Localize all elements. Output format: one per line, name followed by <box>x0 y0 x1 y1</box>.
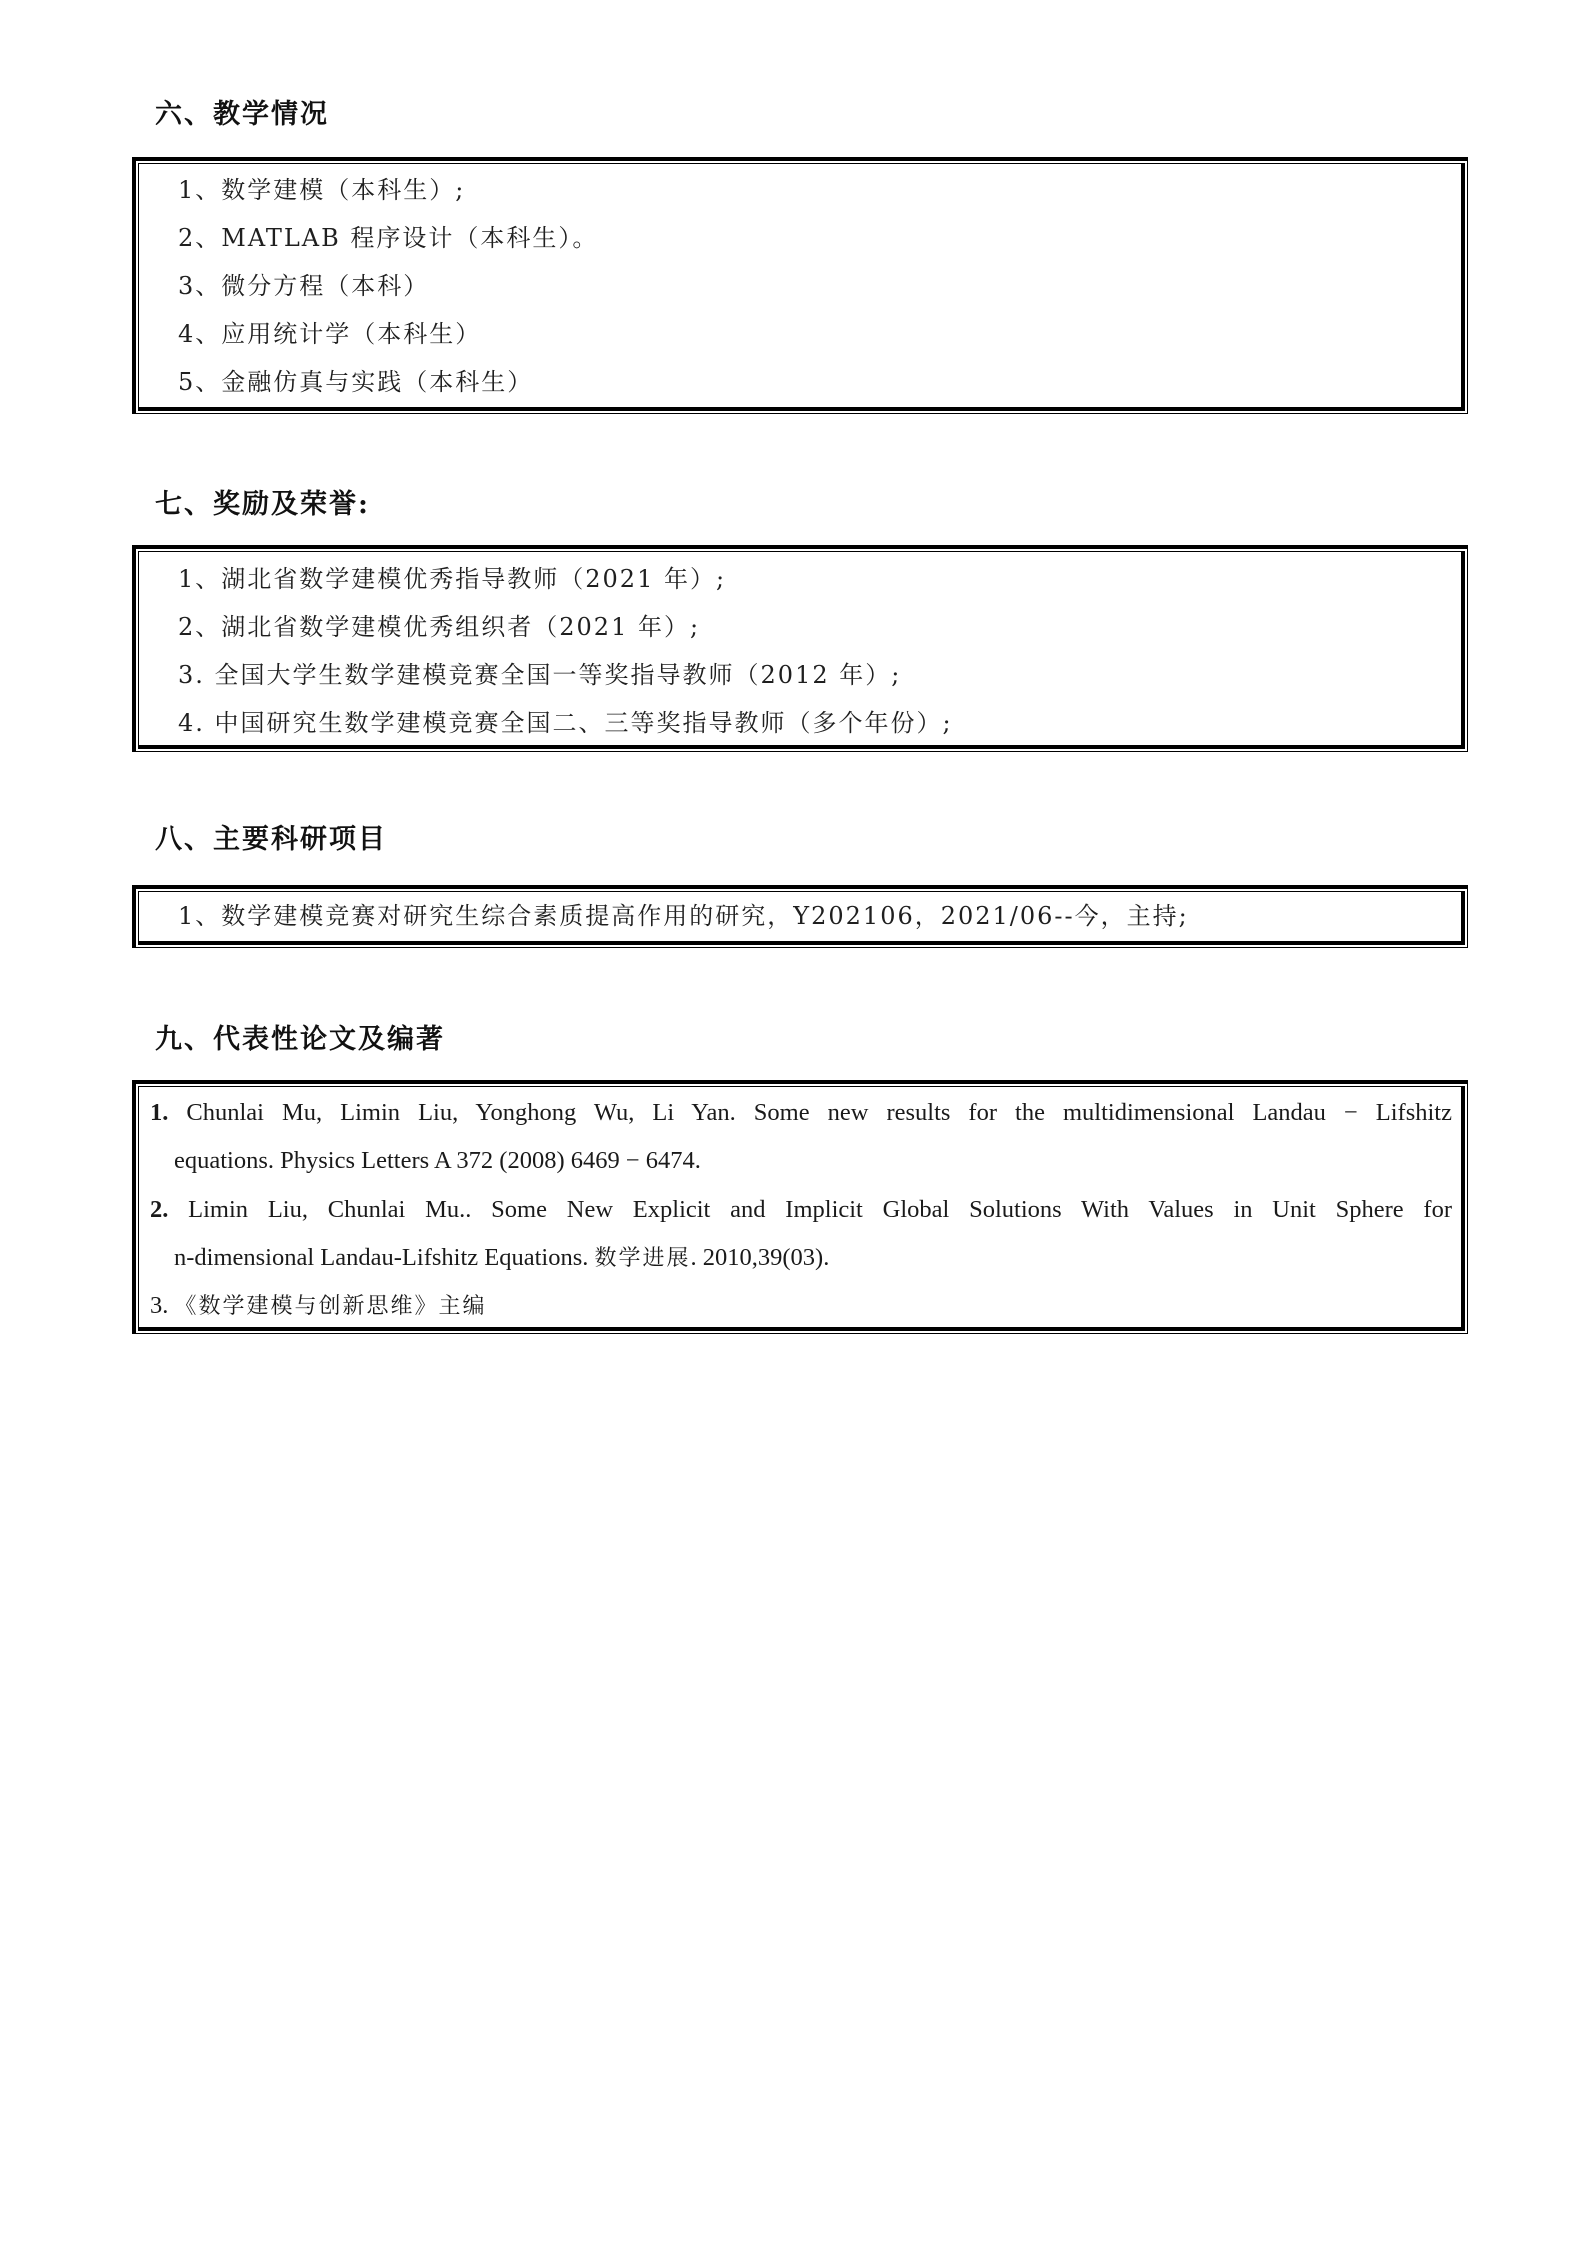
publication-item-1-line1: 1. Chunlai Mu, Limin Liu, Yonghong Wu, L… <box>150 1097 1452 1129</box>
section-heading-awards: 七、奖励及荣誉: <box>155 489 370 521</box>
teaching-item: 1、数学建模（本科生）; <box>178 174 465 206</box>
section-heading-projects: 八、主要科研项目 <box>155 824 387 856</box>
publication-item-2-line1: 2. Limin Liu, Chunlai Mu.. Some New Expl… <box>150 1194 1452 1226</box>
publication-text: Limin Liu, Chunlai Mu.. Some New Explici… <box>188 1196 1452 1223</box>
publication-number: 3. <box>150 1292 168 1319</box>
teaching-item: 4、应用统计学（本科生） <box>178 318 481 350</box>
publication-item-1-line2: equations. Physics Letters A 372 (2008) … <box>174 1145 701 1177</box>
publication-item-3: 3. 《数学建模与创新思维》主编 <box>150 1290 487 1323</box>
award-item: 2、湖北省数学建模优秀组织者（2021 年）; <box>178 611 700 643</box>
project-item: 1、数学建模竞赛对研究生综合素质提高作用的研究，Y202106，2021/06-… <box>178 900 1189 932</box>
publication-text: . 2010,39(03). <box>691 1244 830 1271</box>
award-item: 4. 中国研究生数学建模竞赛全国二、三等奖指导教师（多个年份）; <box>178 707 953 739</box>
journal-name: 数学进展 <box>594 1246 690 1271</box>
publication-number: 1. <box>150 1099 168 1126</box>
award-item: 3. 全国大学生数学建模竞赛全国一等奖指导教师（2012 年）; <box>178 659 901 691</box>
award-item: 1、湖北省数学建模优秀指导教师（2021 年）; <box>178 563 726 595</box>
publication-item-2-line2: n-dimensional Landau-Lifshitz Equations.… <box>174 1242 829 1275</box>
publication-text: 《数学建模与创新思维》主编 <box>175 1294 487 1319</box>
teaching-item: 3、微分方程（本科） <box>178 270 429 302</box>
publication-text: Chunlai Mu, Limin Liu, Yonghong Wu, Li Y… <box>186 1099 1452 1126</box>
section-heading-publications: 九、代表性论文及编著 <box>155 1024 445 1056</box>
section-heading-teaching: 六、教学情况 <box>155 99 329 131</box>
publication-text: n-dimensional Landau-Lifshitz Equations. <box>174 1244 594 1271</box>
publication-number: 2. <box>150 1196 168 1223</box>
teaching-item: 2、MATLAB 程序设计（本科生）。 <box>178 222 598 254</box>
teaching-item: 5、金融仿真与实践（本科生） <box>178 366 533 398</box>
